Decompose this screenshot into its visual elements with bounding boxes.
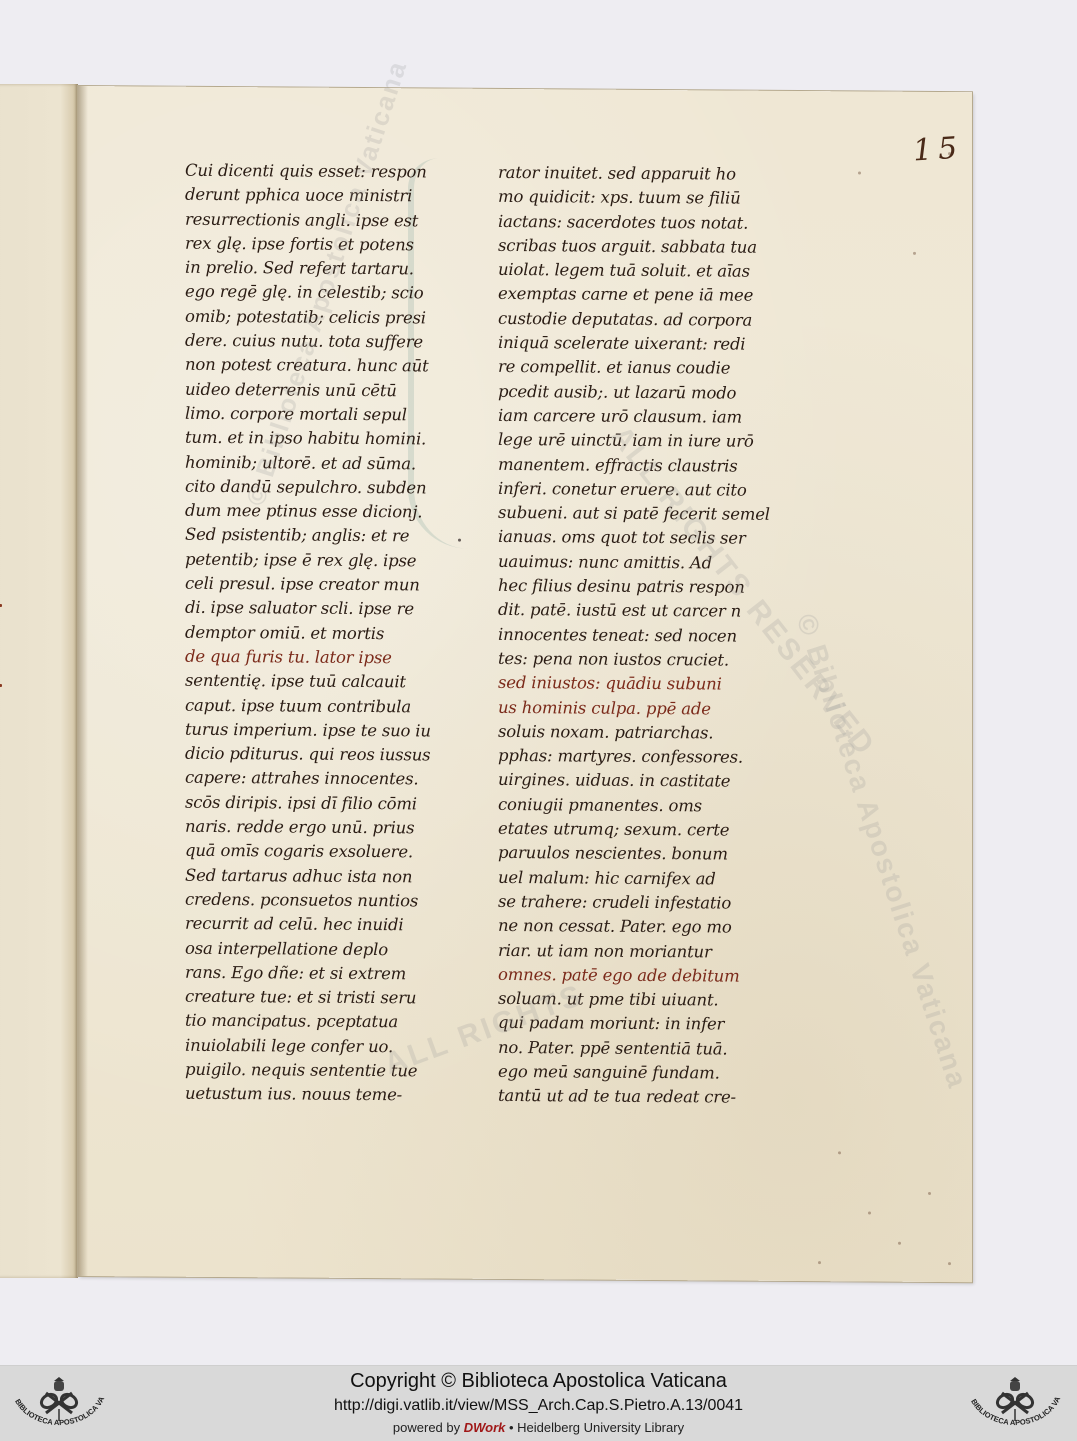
text-line: demptor omiū. et mortis xyxy=(185,620,440,646)
text-line: ego meū sanguinē fundam. xyxy=(498,1060,768,1086)
text-line: tum. et in ipso habitu homini. xyxy=(185,426,440,452)
text-line: in prelio. Sed refert tartaru. xyxy=(185,256,440,282)
text-line: rator inuitet. sed apparuit ho xyxy=(498,161,768,187)
text-line: soluis noxam. patriarchas. xyxy=(498,720,768,746)
text-line: creature tue: et si tristi seru xyxy=(185,985,440,1011)
dwork-brand-rest: Work xyxy=(473,1420,505,1435)
text-line: riar. ut iam non moriantur xyxy=(498,938,768,964)
text-line: derunt pphica uoce ministri xyxy=(185,183,440,209)
text-line: dit. patē. iustū est ut carcer n xyxy=(498,598,768,624)
text-line: tes: pena non iustos cruciet. xyxy=(498,647,768,673)
text-line: lege urē uinctū. iam in iure urō xyxy=(498,428,768,454)
text-line: naris. redde ergo unū. prius xyxy=(185,815,440,841)
copyright-footer: BIBLIOTECA APOSTOLICA VATICANA Copyright… xyxy=(0,1365,1077,1441)
text-line: hominib; ultorē. et ad sūma. xyxy=(185,450,440,476)
manuscript-folio: 15 Cui dicenti quis esset: respon derunt… xyxy=(78,86,972,1282)
manuscript-scan: 15 Cui dicenti quis esset: respon derunt… xyxy=(0,0,1077,1365)
text-line: re compellit. et ianus coudie xyxy=(498,355,768,381)
powered-prefix: powered by xyxy=(393,1420,464,1435)
text-line: omnes. patē ego ade debitum xyxy=(498,963,768,989)
text-line: iam carcere urō clausum. iam xyxy=(498,404,768,430)
text-line: iniquā scelerate uixerant: redi xyxy=(498,331,768,357)
vatican-library-emblem-icon: BIBLIOTECA APOSTOLICA VATICANA xyxy=(960,1369,1070,1441)
text-line: innocentes teneat: sed nocen xyxy=(498,623,768,649)
text-line: petentib; ipse ē rex glę. ipse xyxy=(185,547,440,573)
text-line: Cui dicenti quis esset: respon xyxy=(185,159,440,185)
text-line: rex glę. ipse fortis et potens xyxy=(185,232,440,258)
text-line: puigilo. nequis sententie tue xyxy=(185,1058,440,1084)
text-line: uel malum: hic carnifex ad xyxy=(498,866,768,892)
text-line: uideo deterrenis unū cētū xyxy=(185,377,440,403)
rubric-mark xyxy=(0,604,2,607)
text-line: ianuas. oms quot tot seclis ser xyxy=(498,525,768,551)
text-line: Sed psistentib; anglis: et re xyxy=(185,523,440,549)
text-line: dum mee ptinus esse dicionj. xyxy=(185,499,440,525)
text-line: soluam. ut pme tibi uiuant. xyxy=(498,987,768,1013)
text-line: inferi. conetur eruere. aut cito xyxy=(498,477,768,503)
text-line: de qua furis tu. lator ipse xyxy=(185,645,440,671)
text-line: us hominis culpa. ppē ade xyxy=(498,695,768,721)
text-line: coniugii pmanentes. oms xyxy=(498,793,768,819)
powered-by: powered by DWork • Heidelberg University… xyxy=(0,1420,1077,1435)
text-line: inuiolabili lege confer uo. xyxy=(185,1033,440,1059)
text-line: quā omīs cogaris exsoluere. xyxy=(185,839,440,865)
text-line: omib; potestatib; celicis presi xyxy=(185,305,440,331)
text-column-left: Cui dicenti quis esset: respon derunt pp… xyxy=(185,159,440,1108)
text-line: capere: attrahes innocentes. xyxy=(185,766,440,792)
text-line: dicio pditurus. qui reos iussus xyxy=(185,742,440,768)
dwork-brand-d: D xyxy=(464,1420,473,1435)
text-line: recurrit ad celū. hec inuidi xyxy=(185,912,440,938)
folio-number: 15 xyxy=(912,130,965,168)
text-line: pcedit ausib;. ut lazarū modo xyxy=(498,380,768,406)
source-url[interactable]: http://digi.vatlib.it/view/MSS_Arch.Cap.… xyxy=(0,1397,1077,1415)
text-line: uetustum ius. nouus teme- xyxy=(185,1082,440,1108)
text-line: celi presul. ipse creator mun xyxy=(185,572,440,598)
text-line: subueni. aut si patē fecerit semel xyxy=(498,501,768,527)
text-line: sed iniustos: quādiu subuni xyxy=(498,671,768,697)
text-line: credens. pconsuetos nuntios xyxy=(185,888,440,914)
text-line: osa interpellatione deplo xyxy=(185,936,440,962)
text-line: exemptas carne et pene iā mee xyxy=(498,282,768,308)
text-line: iactans: sacerdotes tuos notat. xyxy=(498,210,768,236)
text-line: ego regē glę. in celestib; scio xyxy=(185,280,440,306)
text-line: qui padam moriunt: in infer xyxy=(498,1011,768,1037)
text-line: caput. ipse tuum contribula xyxy=(185,693,440,719)
text-line: cito dandū sepulchro. subden xyxy=(185,475,440,501)
facing-page-edge xyxy=(0,84,78,1278)
text-line: uiolat. legem tuā soluit. et aīas xyxy=(498,258,768,284)
text-line: mo quidicit: xps. tuum se filiū xyxy=(498,185,768,211)
text-line: resurrectionis angli. ipse est xyxy=(185,207,440,233)
text-line: tantū ut ad te tua redeat cre- xyxy=(498,1084,768,1110)
text-line: hec filius desinu patris respon xyxy=(498,574,768,600)
text-line: turus imperium. ipse te suo iu xyxy=(185,718,440,744)
text-line: uirgines. uiduas. in castitate xyxy=(498,768,768,794)
text-line: paruulos nescientes. bonum xyxy=(498,841,768,867)
text-line: no. Pater. ppē sententiā tuā. xyxy=(498,1036,768,1062)
text-line: non potest creatura. hunc aūt xyxy=(185,353,440,379)
text-line: uauimus: nunc amittis. Ad xyxy=(498,550,768,576)
text-line: di. ipse saluator scli. ipse re xyxy=(185,596,440,622)
text-line: rans. Ego dñe: et si extrem xyxy=(185,961,440,987)
text-line: manentem. effractis claustris xyxy=(498,452,768,478)
text-line: tio mancipatus. pceptatua xyxy=(185,1009,440,1035)
text-line: se trahere: crudeli infestatio xyxy=(498,890,768,916)
dwork-brand[interactable]: DWork xyxy=(464,1420,506,1435)
text-line: sententię. ipse tuū calcauit xyxy=(185,669,440,695)
text-line: custodie deputatas. ad corpora xyxy=(498,307,768,333)
text-line: Sed tartarus adhuc ista non xyxy=(185,863,440,889)
copyright-text: Copyright © Biblioteca Apostolica Vatica… xyxy=(0,1370,1077,1393)
text-line: etates utrumq; sexum. certe xyxy=(498,817,768,843)
powered-suffix: • Heidelberg University Library xyxy=(505,1420,684,1435)
binding-gutter xyxy=(78,86,88,1276)
text-line: pphas: martyres. confessores. xyxy=(498,744,768,770)
text-line: ne non cessat. Pater. ego mo xyxy=(498,914,768,940)
text-line: limo. corpore mortali sepul xyxy=(185,402,440,428)
rubric-mark xyxy=(0,684,2,687)
text-line: scōs diripis. ipsi dī filio cōmi xyxy=(185,790,440,816)
text-line: dere. cuius nutu. tota suffere xyxy=(185,329,440,355)
text-line: scribas tuos arguit. sabbata tua xyxy=(498,234,768,260)
text-column-right: rator inuitet. sed apparuit ho mo quidic… xyxy=(498,161,768,1110)
